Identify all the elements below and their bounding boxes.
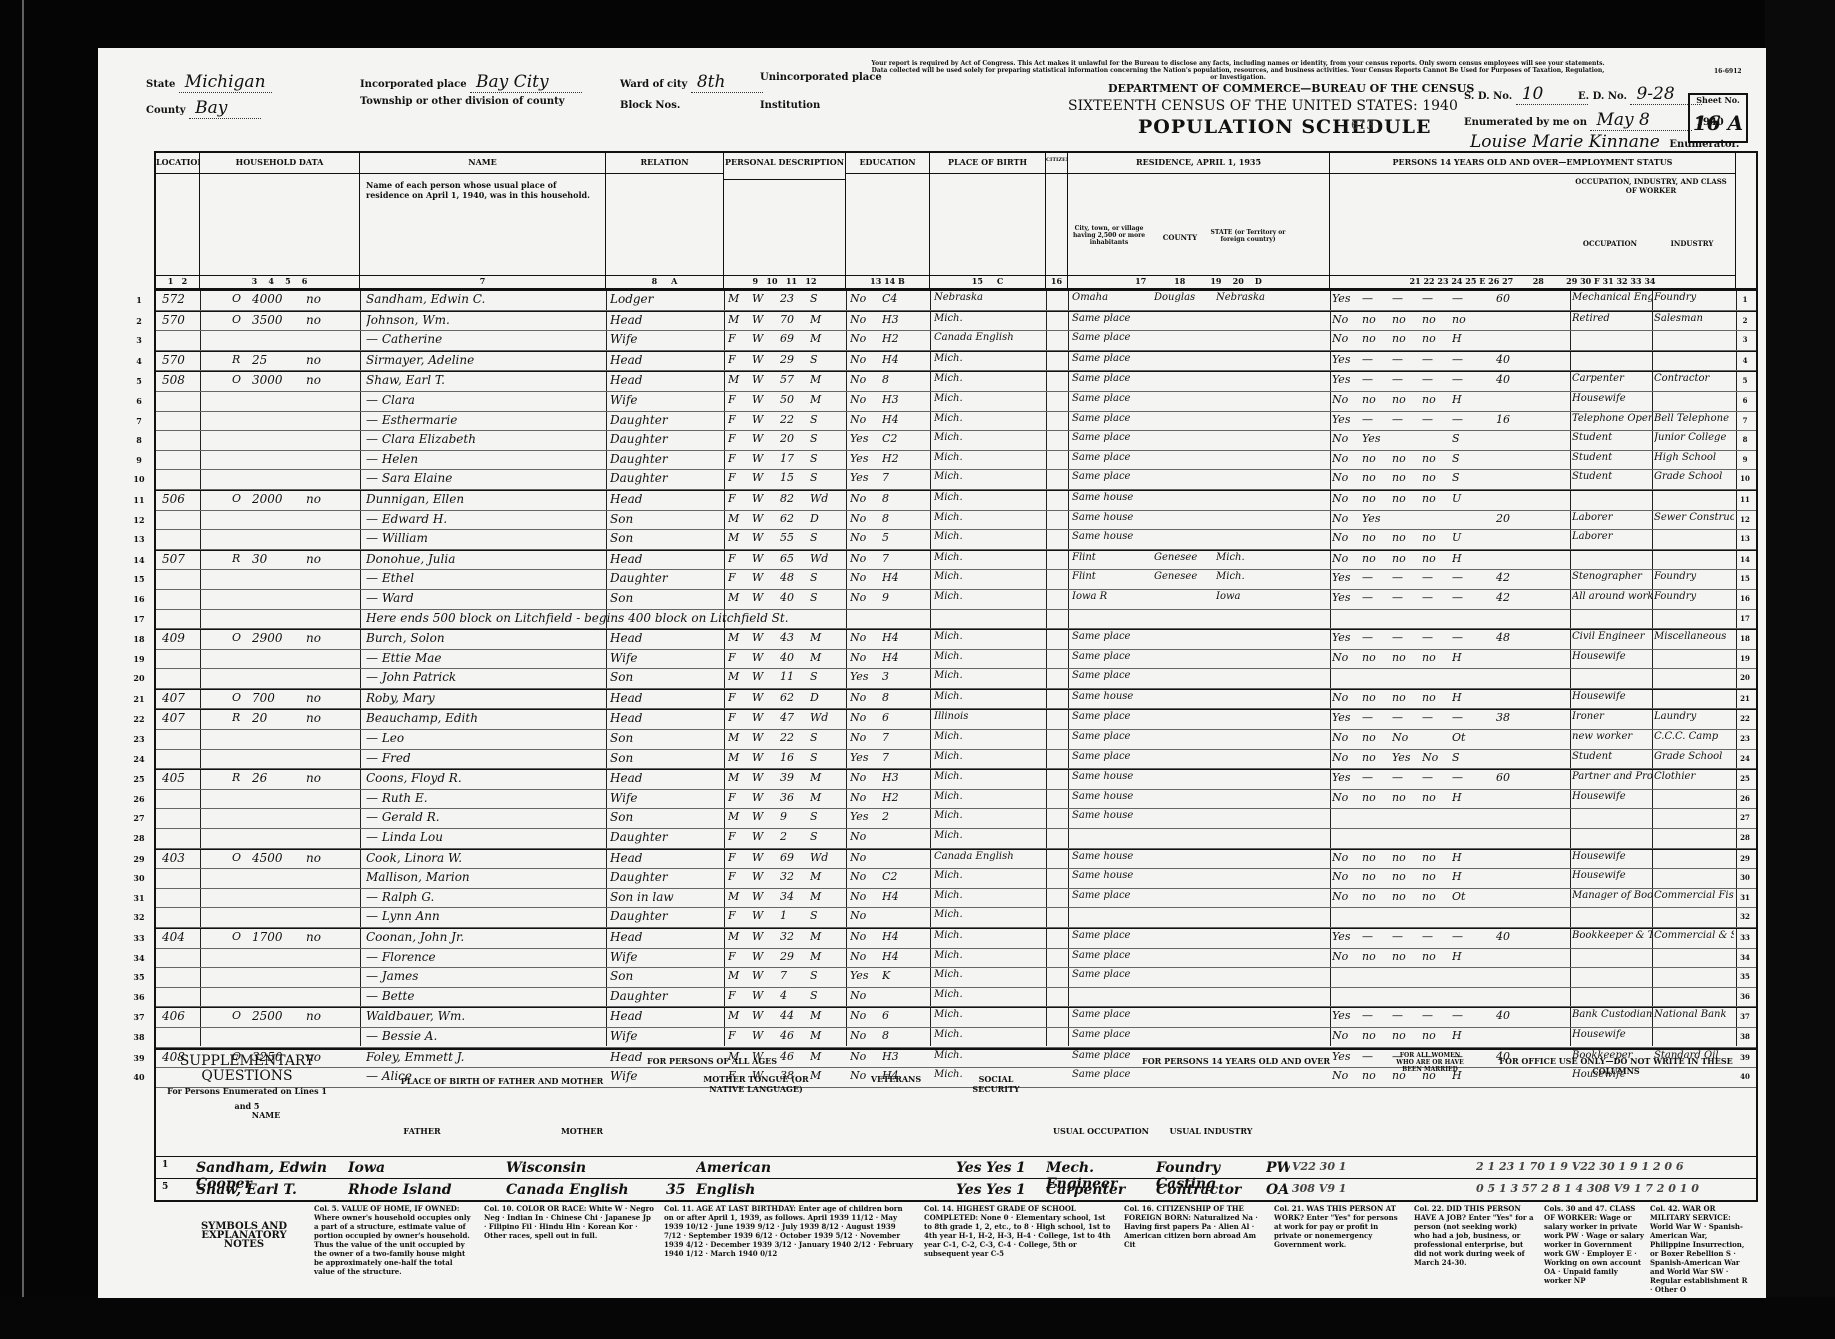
cell-tenure: R	[232, 771, 250, 784]
cell-c23: no	[1392, 332, 1422, 345]
cell-c23: no	[1392, 1029, 1422, 1042]
cell-c24: no	[1422, 791, 1452, 804]
cell-marital: S	[810, 810, 844, 823]
cell-age: 9	[780, 810, 808, 823]
cell-c22: no	[1362, 531, 1392, 544]
cell-sex: M	[728, 731, 750, 744]
cell-race: W	[752, 909, 778, 922]
cell-c24: no	[1422, 471, 1452, 484]
cell-res-city: Same place	[1072, 890, 1154, 901]
cell-race: W	[752, 552, 778, 565]
cell-birthplace: Canada English	[934, 332, 1042, 343]
line-number: 21	[1736, 694, 1754, 703]
cell-c23: no	[1392, 531, 1422, 544]
supp-cell-c43: Yes	[986, 1182, 1014, 1198]
cell-tenure: R	[232, 353, 250, 366]
cell-c21: No	[1332, 651, 1362, 664]
line-number: 4	[126, 356, 152, 366]
cell-sex: F	[728, 393, 750, 406]
supp-col-father: FATHER	[342, 1126, 502, 1136]
cell-birthplace: Mich.	[934, 969, 1042, 980]
cell-res-city: Same place	[1072, 432, 1154, 443]
cell-school: No	[850, 552, 880, 565]
cell-c22: no	[1362, 393, 1392, 406]
col-num: 21 22 23 24 25 E 26 27 28 29 30 F 31 32 …	[1330, 275, 1735, 288]
microfilm-border-right	[1765, 0, 1835, 1339]
cell-school: Yes	[850, 452, 880, 465]
cell-value: 25	[252, 353, 298, 367]
note-col16: Col. 16. CITIZENSHIP OF THE FOREIGN BORN…	[1124, 1204, 1264, 1249]
cell-age: 22	[780, 731, 808, 744]
cell-name: Cook, Linora W.	[366, 851, 602, 865]
note-col11: Col. 11. AGE AT LAST BIRTHDAY: Enter age…	[664, 1204, 914, 1258]
cell-marital: D	[810, 512, 844, 525]
cell-race: W	[752, 950, 778, 963]
supp-col-mother: MOTHER	[502, 1126, 662, 1136]
cell-marital: M	[810, 1009, 844, 1022]
cell-relation: Head	[610, 1009, 710, 1023]
cell-c21: Yes	[1332, 631, 1362, 644]
cell-industry: Contractor	[1654, 373, 1734, 384]
cell-school: No	[850, 989, 880, 1002]
cell-c21: No	[1332, 890, 1362, 903]
cell-relation: Son	[610, 591, 710, 605]
cell-res-city: Same house	[1072, 791, 1154, 802]
cell-c25: H	[1452, 870, 1482, 883]
cell-sex: F	[728, 870, 750, 883]
cell-c24: no	[1422, 890, 1452, 903]
cell-occupation: Bookkeeper & Teller	[1572, 930, 1652, 941]
cell-grade: H4	[882, 651, 916, 664]
cell-age: 47	[780, 711, 808, 724]
cell-race: W	[752, 751, 778, 764]
cell-relation: Daughter	[610, 909, 710, 923]
cell-c24: no	[1422, 950, 1452, 963]
cell-occupation: Laborer	[1572, 531, 1652, 542]
supp-col-social-security: SOCIAL SECURITY	[956, 1074, 1036, 1094]
cell-tenure: O	[232, 1009, 250, 1022]
cell-c21: No	[1332, 950, 1362, 963]
cell-c22: no	[1362, 452, 1392, 465]
cell-tenure: R	[232, 711, 250, 724]
cell-res-state: Nebraska	[1216, 292, 1286, 303]
table-row: 3131— Ralph G.Son in lawMW34MNoH4Mich.Sa…	[156, 889, 1756, 909]
cell-c22: no	[1362, 492, 1392, 505]
cell-race: W	[752, 631, 778, 644]
supp-cell-c42: Yes	[956, 1182, 984, 1198]
enumerated-field: Enumerated by me on May 8 1940	[1464, 110, 1724, 131]
table-row: 2929403O4500noCook, Linora W.HeadFW69WdN…	[156, 849, 1756, 870]
line-number: 16	[126, 594, 152, 604]
cell-relation: Son	[610, 969, 710, 983]
enumerated-label: Enumerated by me on	[1464, 117, 1587, 128]
cell-value: 3500	[252, 313, 298, 327]
cell-industry: C.C.C. Camp	[1654, 731, 1734, 742]
table-row: 3737406O2500noWaldbauer, Wm.HeadMW44MNo6…	[156, 1007, 1756, 1028]
cell-c24: —	[1422, 591, 1452, 604]
cell-house: 406	[162, 1009, 198, 1023]
cell-grade: 8	[882, 691, 916, 704]
cell-name: Coons, Floyd R.	[366, 771, 602, 785]
cell-c25: —	[1452, 1009, 1482, 1022]
cell-grade: 8	[882, 512, 916, 525]
cell-res-city: Same house	[1072, 691, 1154, 702]
cell-hours: 40	[1496, 353, 1532, 366]
cell-sex: F	[728, 691, 750, 704]
cell-occupation: Retired	[1572, 313, 1652, 324]
cell-occupation: Student	[1572, 471, 1652, 482]
cell-sex: M	[728, 930, 750, 943]
table-row: 1919— Ettie MaeWifeFW40MNoH4Mich.Same pl…	[156, 650, 1756, 670]
cell-c23: no	[1392, 452, 1422, 465]
cell-c25: H	[1452, 791, 1482, 804]
line-number: 29	[126, 854, 152, 864]
cell-name: — John Patrick	[366, 670, 602, 684]
supp-col-usual-industry: USUAL INDUSTRY	[1156, 1126, 1266, 1136]
cell-c23: no	[1392, 651, 1422, 664]
cell-race: W	[752, 771, 778, 784]
cell-c22: no	[1362, 332, 1392, 345]
sub-state: STATE (or Territory or foreign country)	[1210, 229, 1286, 243]
cell-race: W	[752, 492, 778, 505]
cell-c24: No	[1422, 751, 1452, 764]
cell-c24: no	[1422, 452, 1452, 465]
cell-birthplace: Mich.	[934, 512, 1042, 523]
cell-name: — Sara Elaine	[366, 471, 602, 485]
cell-race: W	[752, 731, 778, 744]
cell-hours: 60	[1496, 771, 1532, 784]
line-number: 27	[1736, 813, 1754, 822]
sheet-number-label: Sheet No.	[1696, 95, 1740, 105]
population-table: LOCATION1 2 HOUSEHOLD DATA3 4 5 6 NAMENa…	[154, 151, 1758, 1050]
line-number: 22	[1736, 714, 1754, 723]
cell-marital: S	[810, 353, 844, 366]
cell-grade: 7	[882, 552, 916, 565]
cell-grade: H4	[882, 571, 916, 584]
cell-relation: Wife	[610, 332, 710, 346]
cell-res-city: Flint	[1072, 552, 1154, 563]
cell-birthplace: Illinois	[934, 711, 1042, 722]
cell-grade: 5	[882, 531, 916, 544]
cell-name: Sirmayer, Adeline	[366, 353, 602, 367]
cell-sex: F	[728, 471, 750, 484]
supp-cell-usual-occ: Carpenter	[1046, 1182, 1156, 1198]
header-education: EDUCATION13 14 B	[846, 153, 930, 288]
ward-label: Ward of city	[620, 79, 687, 90]
line-number: 17	[1736, 614, 1754, 623]
line-number: 1	[1736, 295, 1754, 304]
cell-occupation: Housewife	[1572, 691, 1652, 702]
cell-c23: No	[1392, 731, 1422, 744]
cell-name: Waldbauer, Wm.	[366, 1009, 602, 1023]
cell-c22: —	[1362, 571, 1392, 584]
note-col21: Col. 21. WAS THIS PERSON AT WORK? Enter …	[1274, 1204, 1404, 1249]
cell-school: No	[850, 591, 880, 604]
cell-c25: H	[1452, 1029, 1482, 1042]
cell-grade: 6	[882, 711, 916, 724]
microfilm-border-left	[0, 0, 100, 1339]
cell-c21: No	[1332, 471, 1362, 484]
enumerator-name: Louise Marie Kinnane	[1464, 132, 1666, 153]
supp-cell-code-j: 308 V9 1	[1292, 1182, 1382, 1195]
microfilm-border-bottom	[0, 1297, 1835, 1339]
cell-c22: —	[1362, 631, 1392, 644]
sd-value: 10	[1516, 84, 1588, 105]
cell-school: Yes	[850, 432, 880, 445]
cell-school: No	[850, 691, 880, 704]
cell-value: 30	[252, 552, 298, 566]
cell-c21: Yes	[1332, 353, 1362, 366]
table-row: 99— HelenDaughterFW17SYesH2Mich.Same pla…	[156, 451, 1756, 471]
cell-marital: Wd	[810, 711, 844, 724]
group-education: EDUCATION	[846, 153, 929, 174]
note-col5: Col. 5. VALUE OF HOME, IF OWNED: Where o…	[314, 1204, 474, 1276]
cell-race: W	[752, 930, 778, 943]
group-location: LOCATION	[156, 153, 199, 174]
cell-c25: U	[1452, 531, 1482, 544]
cell-race: W	[752, 691, 778, 704]
cell-c24: —	[1422, 373, 1452, 386]
cell-name: — Helen	[366, 452, 602, 466]
cell-school: No	[850, 771, 880, 784]
sd-label: S. D. No.	[1464, 91, 1512, 102]
header-relation: RELATION8 A	[606, 153, 724, 288]
cell-school: No	[850, 851, 880, 864]
cell-industry: Grade School	[1654, 471, 1734, 482]
cell-occupation: Laborer	[1572, 512, 1652, 523]
cell-c23: —	[1392, 1009, 1422, 1022]
township-label: Township or other division of county	[360, 96, 565, 107]
cell-school: No	[850, 950, 880, 963]
table-row: 1212— Edward H.SonMW62DNo8Mich.Same hous…	[156, 511, 1756, 531]
fourteen-over-header: FOR PERSONS 14 YEARS OLD AND OVER	[1086, 1056, 1386, 1066]
cell-c25: H	[1452, 552, 1482, 565]
cell-sex: F	[728, 651, 750, 664]
line-number: 37	[126, 1012, 152, 1022]
cell-relation: Daughter	[610, 870, 710, 884]
line-number: 23	[126, 734, 152, 744]
cell-race: W	[752, 571, 778, 584]
cell-birthplace: Mich.	[934, 531, 1042, 542]
cell-grade: 7	[882, 731, 916, 744]
cell-industry: Commercial Fishing	[1654, 890, 1734, 901]
cell-farm: no	[306, 552, 336, 566]
cell-res-city: Iowa R	[1072, 591, 1154, 602]
cell-farm: no	[306, 1009, 336, 1023]
cell-c21: No	[1332, 731, 1362, 744]
cell-value: 1700	[252, 930, 298, 944]
cell-c24: —	[1422, 930, 1452, 943]
cell-grade: H2	[882, 452, 916, 465]
cell-industry: Foundry	[1654, 571, 1734, 582]
cell-c22: —	[1362, 711, 1392, 724]
table-row: 3434— FlorenceWifeFW29MNoH4Mich.Same pla…	[156, 949, 1756, 969]
cell-race: W	[752, 413, 778, 426]
cell-tenure: O	[232, 631, 250, 644]
table-row: 2020— John PatrickSonMW11SYes3Mich.Same …	[156, 669, 1756, 689]
ed-label: E. D. No.	[1578, 91, 1627, 102]
cell-birthplace: Mich.	[934, 591, 1042, 602]
cell-c22: no	[1362, 751, 1392, 764]
cell-sex: M	[728, 292, 750, 305]
line-number: 30	[1736, 873, 1754, 882]
cell-c24: —	[1422, 771, 1452, 784]
cell-occupation: Housewife	[1572, 1029, 1652, 1040]
header-household: HOUSEHOLD DATA3 4 5 6	[200, 153, 360, 288]
cell-res-city: Same house	[1072, 771, 1154, 782]
cell-c25: H	[1452, 651, 1482, 664]
line-number: 22	[126, 714, 152, 724]
cell-age: 65	[780, 552, 808, 565]
table-row: 2323— LeoSonMW22SNo7Mich.Same placeNonoN…	[156, 730, 1756, 750]
cell-sex: M	[728, 969, 750, 982]
cell-school: Yes	[850, 969, 880, 982]
cell-birthplace: Mich.	[934, 353, 1042, 364]
cell-occupation: Mechanical Engineer	[1572, 292, 1652, 303]
census-title: SIXTEENTH CENSUS OF THE UNITED STATES: 1…	[1068, 98, 1458, 114]
col-num: 7	[360, 275, 605, 288]
cell-tenure: O	[232, 492, 250, 505]
cell-sex: M	[728, 512, 750, 525]
cell-age: 1	[780, 909, 808, 922]
unincorporated-label: Unincorporated place	[760, 72, 882, 83]
cell-occupation: Partner and Proprietor	[1572, 771, 1652, 782]
cell-race: W	[752, 851, 778, 864]
cell-farm: no	[306, 771, 336, 785]
cell-c24: no	[1422, 531, 1452, 544]
cell-c23: —	[1392, 292, 1422, 305]
cell-c22: —	[1362, 591, 1392, 604]
cell-house: 407	[162, 691, 198, 705]
cell-age: 40	[780, 651, 808, 664]
supp-col-name: NAME	[196, 1110, 336, 1120]
cell-sex: M	[728, 751, 750, 764]
cell-res-city: Same house	[1072, 851, 1154, 862]
line-number: 6	[126, 396, 152, 406]
cell-grade: H4	[882, 950, 916, 963]
line-number: 26	[126, 794, 152, 804]
cell-c22: —	[1362, 373, 1392, 386]
cell-birthplace: Mich.	[934, 1029, 1042, 1040]
group-residence: RESIDENCE, APRIL 1, 1935	[1068, 153, 1329, 174]
cell-sex: F	[728, 909, 750, 922]
cell-industry: Commercial & Sav. Bank	[1654, 930, 1734, 941]
supp-cell-class: OA	[1266, 1182, 1290, 1198]
occupation-header: OCCUPATION, INDUSTRY, AND CLASS OF WORKE…	[1570, 177, 1732, 195]
cell-sex: M	[728, 631, 750, 644]
cell-birthplace: Nebraska	[934, 292, 1042, 303]
cell-marital: D	[810, 691, 844, 704]
cell-race: W	[752, 870, 778, 883]
cell-c21: Yes	[1332, 591, 1362, 604]
cell-value: 2000	[252, 492, 298, 506]
cell-age: 40	[780, 591, 808, 604]
institution-label: Institution	[760, 100, 820, 111]
line-number: 1	[126, 295, 152, 305]
cell-c24: no	[1422, 691, 1452, 704]
sheet-number-value: 16 A	[1690, 111, 1746, 135]
department-title: DEPARTMENT OF COMMERCE—BUREAU OF THE CEN…	[1108, 82, 1474, 95]
enumerator-note: Here ends 500 block on Litchfield - begi…	[366, 611, 1066, 625]
cell-c25: —	[1452, 571, 1482, 584]
cell-hours: 42	[1496, 571, 1532, 584]
cell-name: — Fred	[366, 751, 602, 765]
cell-c22: no	[1362, 552, 1392, 565]
cell-name: — Ruth E.	[366, 791, 602, 805]
cell-c21: Yes	[1332, 373, 1362, 386]
cell-hours: 38	[1496, 711, 1532, 724]
cell-res-city: Same house	[1072, 492, 1154, 503]
cell-relation: Daughter	[610, 432, 710, 446]
cell-res-city: Same place	[1072, 373, 1154, 384]
cell-relation: Son	[610, 810, 710, 824]
table-row: 2424— FredSonMW16SYes7Mich.Same placeNon…	[156, 750, 1756, 770]
cell-relation: Son	[610, 670, 710, 684]
col-num: 15 C	[930, 275, 1045, 288]
cell-school: No	[850, 571, 880, 584]
cell-age: 29	[780, 353, 808, 366]
cell-marital: S	[810, 751, 844, 764]
cell-c22: no	[1362, 851, 1392, 864]
cell-c22: no	[1362, 471, 1392, 484]
cell-value: 2500	[252, 1009, 298, 1023]
cell-c24: —	[1422, 292, 1452, 305]
cell-c23: Yes	[1392, 751, 1422, 764]
cell-c25: —	[1452, 292, 1482, 305]
cell-race: W	[752, 711, 778, 724]
supp-cell-usual-ind: Contractor	[1156, 1182, 1266, 1198]
cell-c22: no	[1362, 890, 1392, 903]
cell-marital: M	[810, 791, 844, 804]
cell-birthplace: Mich.	[934, 890, 1042, 901]
cell-farm: no	[306, 492, 336, 506]
cell-race: W	[752, 1009, 778, 1022]
cell-name: — Ethel	[366, 571, 602, 585]
cell-house: 405	[162, 771, 198, 785]
sd-field: S. D. No. 10	[1464, 84, 1588, 105]
cell-house: 506	[162, 492, 198, 506]
supp-cell-code: 35	[666, 1182, 690, 1198]
cell-res-city: Same place	[1072, 393, 1154, 404]
cell-birthplace: Mich.	[934, 810, 1042, 821]
cell-age: 43	[780, 631, 808, 644]
cell-sex: F	[728, 552, 750, 565]
name-instruction: Name of each person whose usual place of…	[360, 174, 605, 206]
supp-cell-line: 5	[162, 1182, 182, 1192]
col-num: 13 14 B	[846, 275, 929, 288]
table-row: 33— CatherineWifeFW69MNoH2Canada English…	[156, 331, 1756, 351]
cell-school: No	[850, 332, 880, 345]
cell-relation: Head	[610, 691, 710, 705]
cell-res-state: Mich.	[1216, 552, 1286, 563]
cell-occupation: Student	[1572, 452, 1652, 463]
cell-res-city: Same house	[1072, 531, 1154, 542]
cell-race: W	[752, 670, 778, 683]
cell-res-city: Same place	[1072, 1009, 1154, 1020]
cell-birthplace: Mich.	[934, 651, 1042, 662]
cell-grade: H4	[882, 413, 916, 426]
cell-school: No	[850, 1009, 880, 1022]
cell-age: 22	[780, 413, 808, 426]
cell-hours: 40	[1496, 1009, 1532, 1022]
cell-c24: no	[1422, 651, 1452, 664]
cell-marital: S	[810, 413, 844, 426]
cell-relation: Son in law	[610, 890, 710, 904]
cell-sex: F	[728, 571, 750, 584]
col-num: 16	[1046, 275, 1067, 288]
state-value: Michigan	[179, 72, 272, 93]
cell-industry: Laundry	[1654, 711, 1734, 722]
